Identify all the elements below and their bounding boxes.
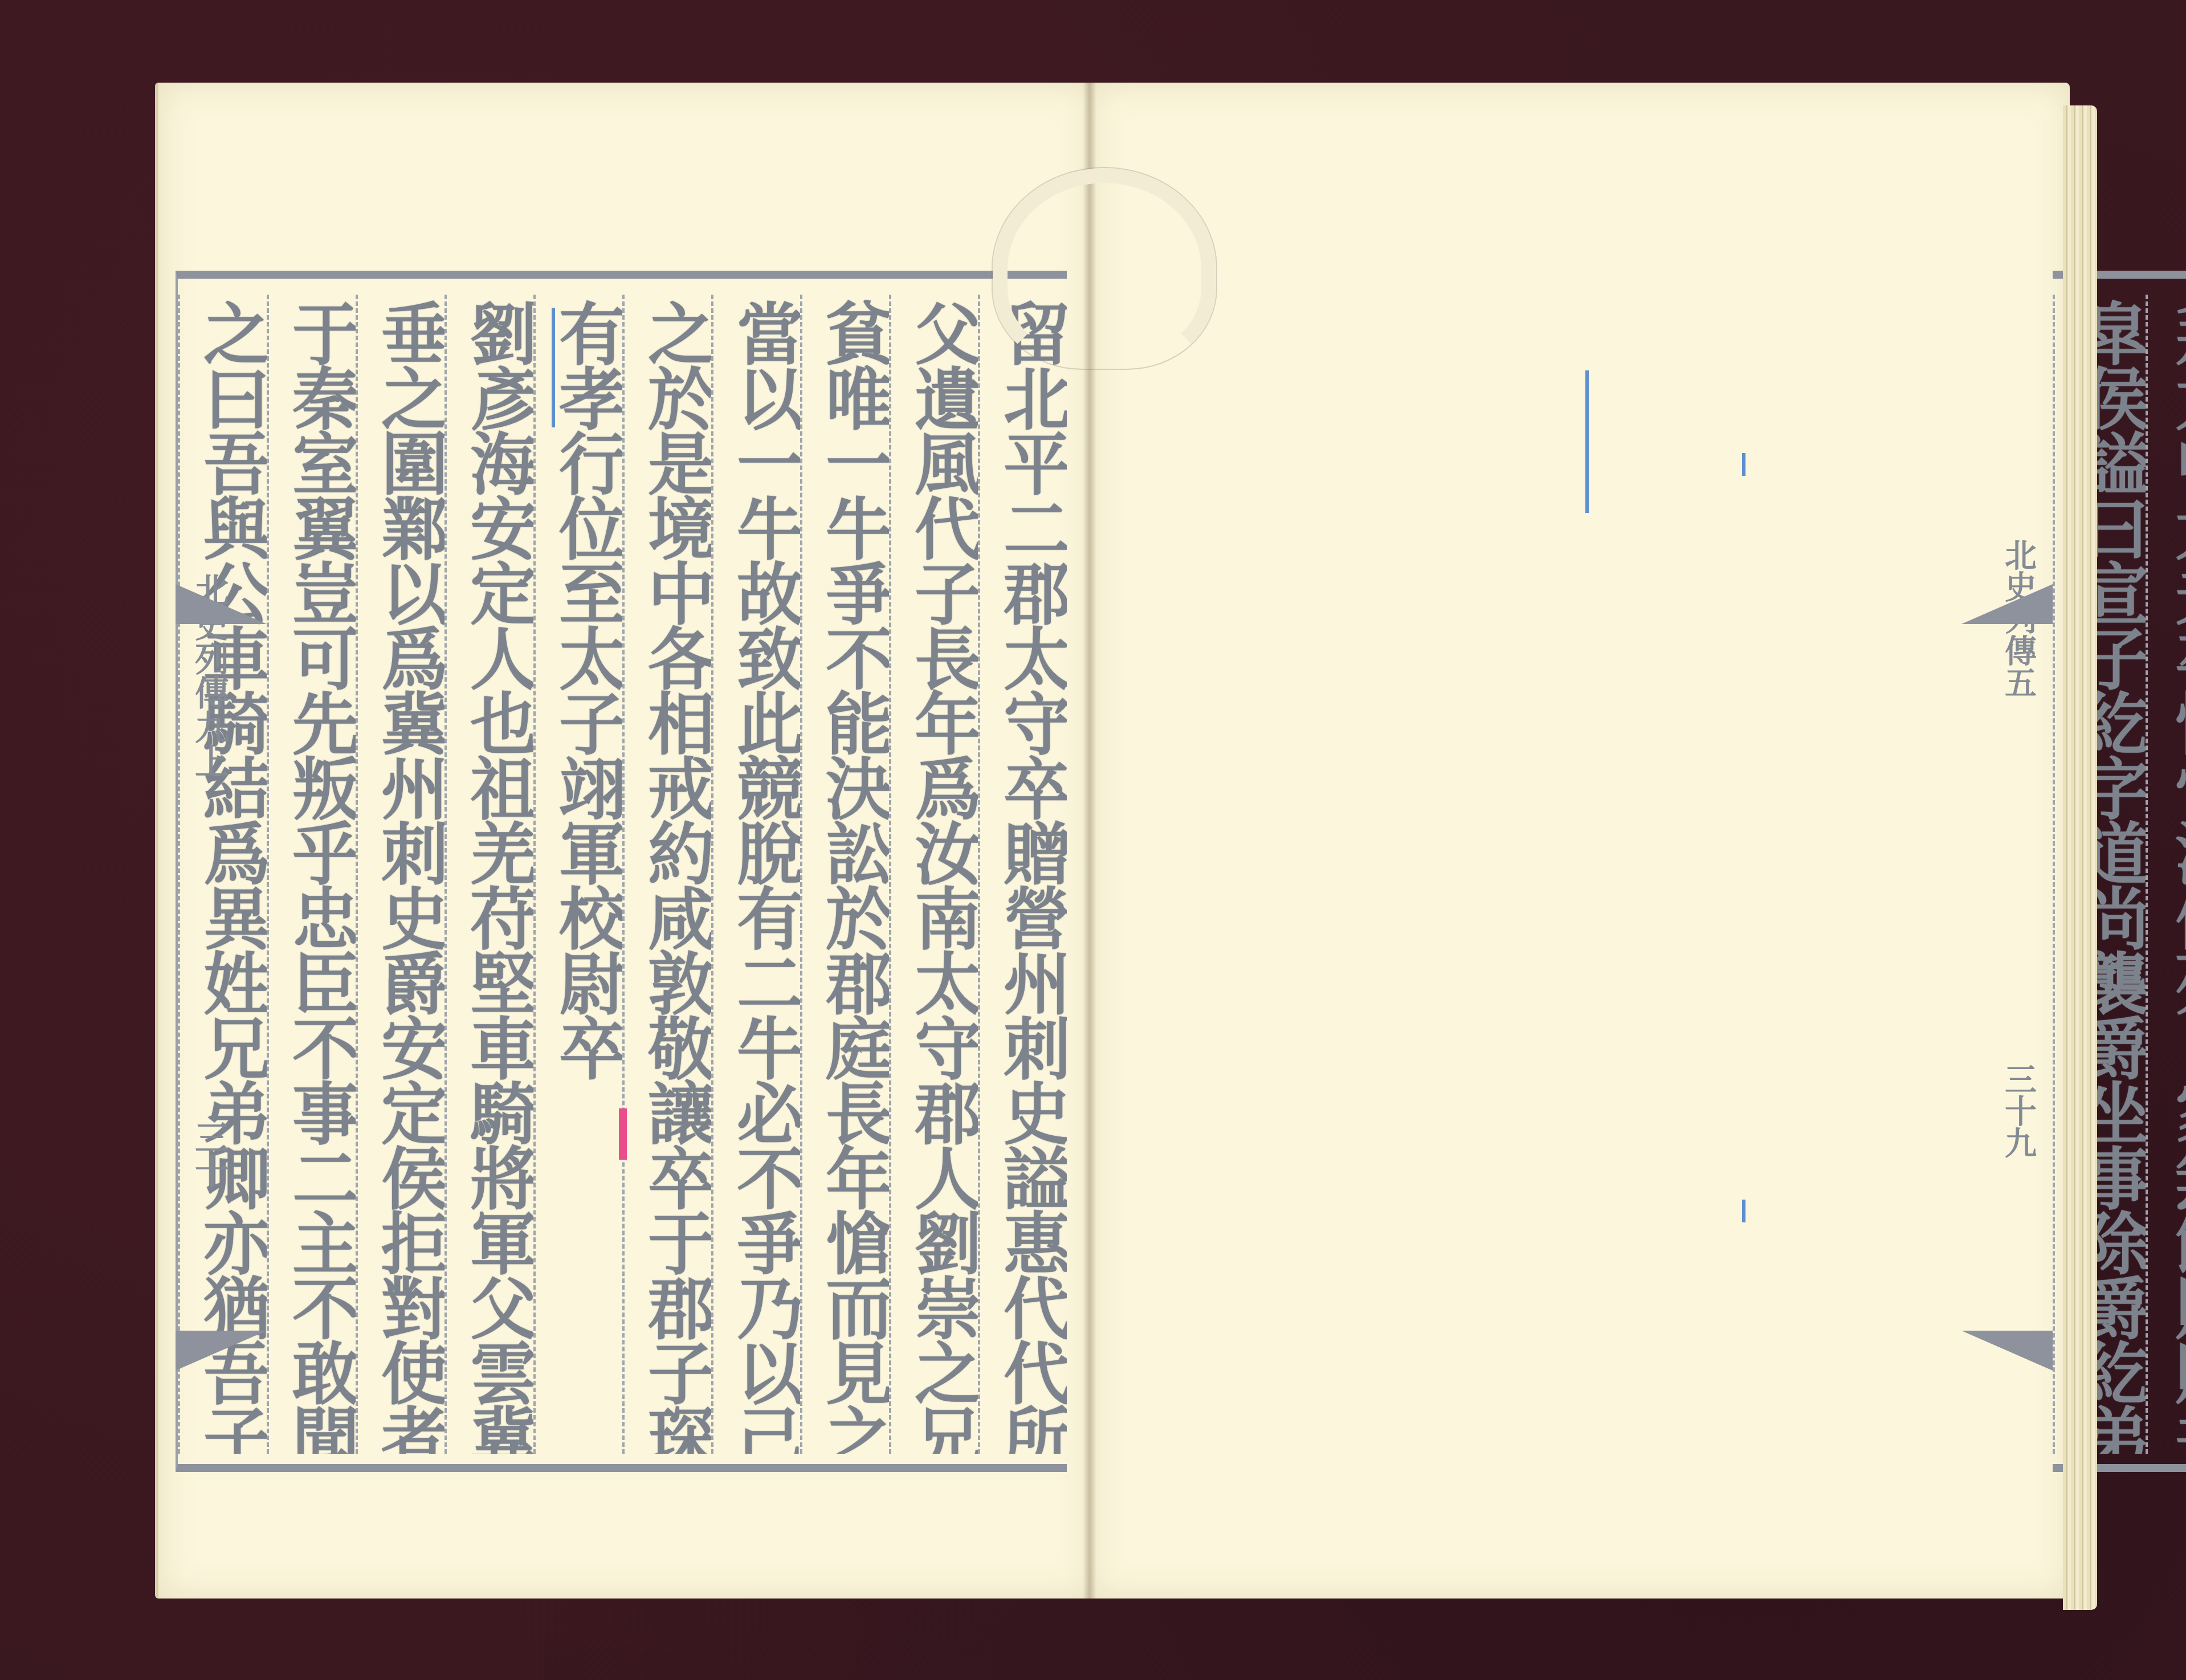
text-column: 貧唯一牛爭不能決訟於郡庭長年愴而見之謂曰汝曹 — [800, 295, 889, 1454]
text-column: 之曰吾與公車騎結爲異姓兄弟卿亦猶吾子弟安得辭乎 — [178, 295, 267, 1454]
text-column: 劉彥海安定人也祖羌苻堅車騎將軍父雲冀州刺史 — [444, 295, 533, 1454]
text-column: 留北平二郡太守卒贈營州刺史謚惠代代所歷著稱有 — [978, 295, 1067, 1454]
right-columns: 命虜廷優以元敵之禮加之想望之寵恐從生虜還爵至孟 望朝不從壽莊初卒於大司農卿袞弟甸… — [2053, 295, 2186, 1454]
text-column: 于秦室翼豈可先叛乎忠臣不事二主不敢聞命垂遣喻 — [267, 295, 356, 1454]
pink-annotation-mark — [619, 1108, 627, 1160]
left-text-frame: 留北平二郡太守卒贈營州刺史謚惠代代所歷著稱有 父遺風代子長年爲汝南太守郡人劉崇之… — [176, 271, 1067, 1472]
left-columns: 留北平二郡太守卒贈營州刺史謚惠代代所歷著稱有 父遺風代子長年爲汝南太守郡人劉崇之… — [178, 295, 1067, 1454]
right-text-frame: 命虜廷優以元敵之禮加之想望之寵恐從生虜還爵至孟 望朝不從壽莊初卒於大司農卿袞弟甸… — [2053, 271, 2186, 1472]
blue-annotation-line — [1585, 370, 1589, 513]
left-page: 留北平二郡太守卒贈營州刺史謚惠代代所歷著稱有 父遺風代子長年爲汝南太守郡人劉崇之… — [155, 83, 1093, 1599]
left-page-number: 三十 — [185, 1120, 234, 1188]
text-column: 皐侯謚曰宣子紇字道尚襲爵坐事除爵紇弟代字定樂陳 — [2053, 295, 2146, 1454]
text-column: 有孝行位至太子翊軍校尉卒 — [533, 295, 622, 1454]
open-book: 命虜廷優以元敵之禮加之想望之寵恐從生虜還爵至孟 望朝不從壽莊初卒於大司農卿袞弟甸… — [155, 83, 2070, 1599]
binding-thread — [993, 168, 1216, 369]
right-page: 命虜廷優以元敵之禮加之想望之寵恐從生虜還爵至孟 望朝不從壽莊初卒於大司農卿袞弟甸… — [1090, 83, 2070, 1599]
text-column: 垂之圍鄴以爲冀州刺史爵安定侯拒對使者曰先君忠 — [356, 295, 444, 1454]
text-column: 父遺風代子長年爲汝南太守郡人劉崇之兄弟分析家 — [889, 295, 978, 1454]
text-column: 之於是境中各相戒約咸敦敬讓卒于郡子琛字寶貴少 — [622, 295, 711, 1454]
blue-annotation-mark — [1742, 453, 1745, 476]
text-column: 拜太中大夫卒悔性清儉死日家無餘財贈并州刺史平 — [2146, 295, 2186, 1454]
blue-annotation-line — [552, 308, 555, 427]
text-column: 當以一牛故致此競脫有二牛必不爭乃以己牛一頭賜 — [711, 295, 800, 1454]
right-page-number: 三十九 — [1996, 1063, 2041, 1159]
fish-tail-mark — [1961, 1331, 2053, 1371]
blue-annotation-mark — [1742, 1200, 1745, 1222]
